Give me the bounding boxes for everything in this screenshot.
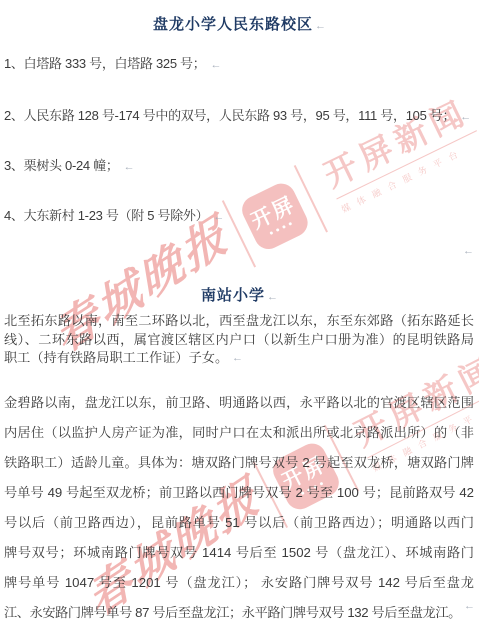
- paragraph-mark-icon: ←: [124, 161, 135, 173]
- section-title-panlong-campus: 盘龙小学人民东路校区←: [0, 13, 479, 34]
- paragraph-mark-icon: ←: [232, 352, 243, 364]
- paragraph-mark-icon: ←: [210, 59, 221, 71]
- paragraph-mark-icon: ←: [463, 245, 474, 257]
- section-title-nanzhan-school: 南站小学←: [0, 284, 479, 305]
- address-item-text: 1、白塔路 333 号，白塔路 325 号；: [4, 56, 205, 71]
- address-list-item: 4、大东新村 1-23 号（附 5 号除外）←: [4, 207, 475, 226]
- paragraph-line: 牌号双号；环城南路门牌号双号 1414 号后至 1502 号（盘龙江）、环城南路…: [4, 538, 474, 568]
- paragraph-mark-icon: ←: [267, 291, 278, 303]
- paragraph-line: 线）、二环东路以西，属官渡区辖区内户口（以新生户口册为准）的昆明铁路局: [4, 331, 474, 350]
- paragraph-mark-icon: ←: [213, 211, 224, 223]
- address-list-item: 2、人民东路 128 号-174 号中的双号，人民东路 93 号，95 号，11…: [4, 107, 475, 126]
- district-paragraph-detail: 金碧路以南，盘龙江以东，前卫路、明通路以西，永平路以北的官渡区辖区范围 内居住（…: [4, 388, 474, 628]
- address-item-text: 3、栗树头 0-24 幢；: [4, 158, 119, 173]
- section-title-text: 盘龙小学人民东路校区: [153, 16, 313, 33]
- address-item-text: 2、人民东路 128 号-174 号中的双号，人民东路 93 号，95 号，11…: [4, 108, 455, 123]
- paragraph-line: 北至拓东路以南，南至二环路以北，西至盘龙江以东，东至东郊路（拓东路延长: [4, 312, 474, 331]
- address-item-text: 4、大东新村 1-23 号（附 5 号除外）: [4, 208, 208, 223]
- paragraph-line: 号单号 49 号起至双龙桥；前卫路以西门牌号双号 2 号至 100 号；昆前路双…: [4, 478, 474, 508]
- section-title-text: 南站小学: [201, 287, 265, 304]
- address-list-item: 1、白塔路 333 号，白塔路 325 号；←: [4, 55, 475, 74]
- paragraph-mark-icon: ←: [464, 600, 475, 612]
- paragraph-line: 铁路职工）适龄儿童。具体为：塘双路门牌号双号 2 号起至双龙桥，塘双路门牌: [4, 448, 474, 478]
- paragraph-mark-icon: ←: [315, 20, 326, 32]
- address-list-item: 3、栗树头 0-24 幢；←: [4, 157, 475, 176]
- paragraph-line: 金碧路以南，盘龙江以东，前卫路、明通路以西，永平路以北的官渡区辖区范围: [4, 388, 474, 418]
- paragraph-line: 牌号单号 1047 号至 1201 号（盘龙江）； 永安路门牌号双号 142 号…: [4, 568, 474, 598]
- paragraph-line: 号以后（前卫路西边），昆前路单号 51 号以后（前卫路西边）；明通路以西门: [4, 508, 474, 538]
- paragraph-mark-icon: ←: [460, 111, 471, 123]
- document-content: 盘龙小学人民东路校区← 1、白塔路 333 号，白塔路 325 号；← 2、人民…: [0, 0, 479, 640]
- paragraph-line: 内居住（以监护人房产证为准，同时户口在太和派出所或北京路派出所）的（非: [4, 418, 474, 448]
- paragraph-line: 江、永安路门牌号单号 87 号后至盘龙江；永平路门牌号双号 132 号后至盘龙江…: [4, 598, 474, 628]
- document-page: 春城晚报 开屏 开屏新闻 媒体融合服务平台 春城晚报 开屏 开屏新闻 媒体融合服…: [0, 0, 479, 640]
